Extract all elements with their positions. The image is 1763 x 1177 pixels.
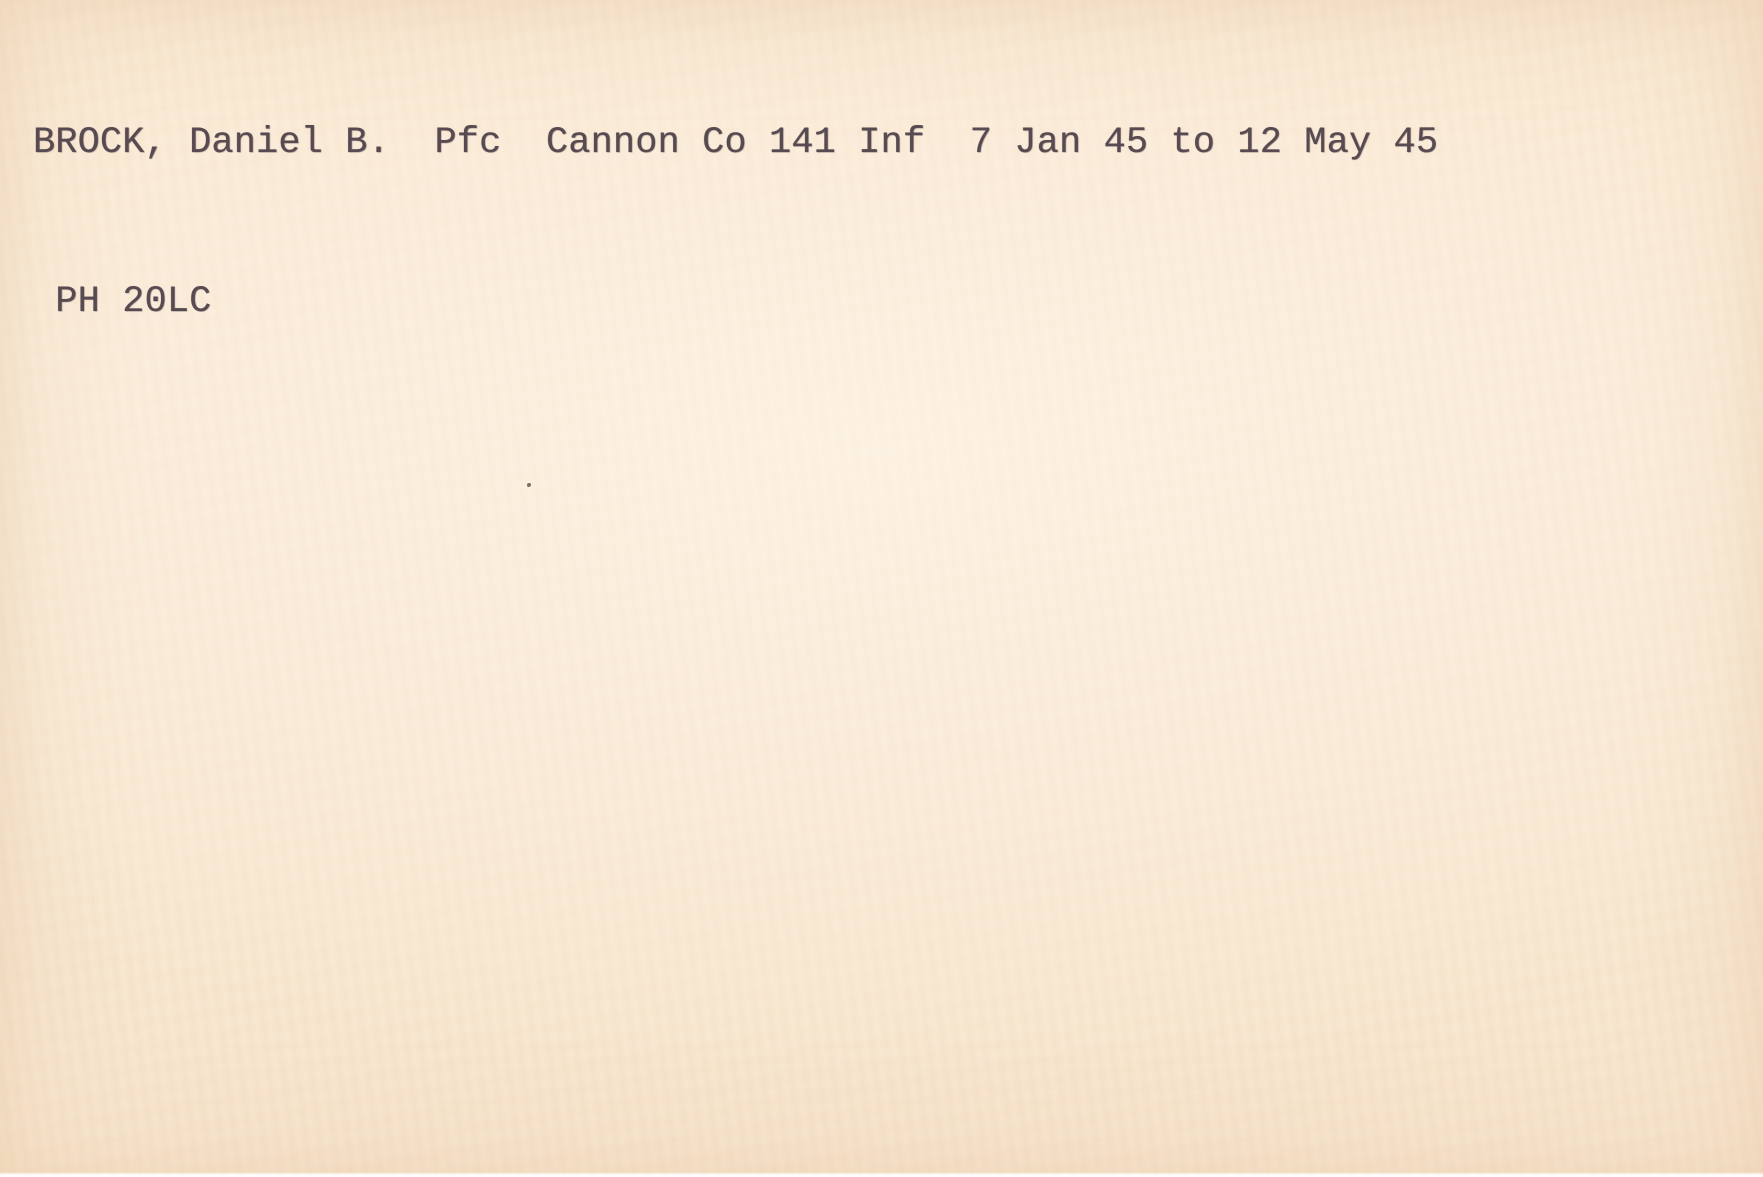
awards-line: PH 20LC: [33, 276, 1438, 329]
ink-speck: [527, 483, 531, 487]
typed-text-block: BROCK, Daniel B. Pfc Cannon Co 141 Inf 7…: [33, 11, 1438, 435]
scan-bottom-edge: [0, 1172, 1763, 1177]
scanned-card-image: BROCK, Daniel B. Pfc Cannon Co 141 Inf 7…: [0, 0, 1763, 1177]
service-record-line: BROCK, Daniel B. Pfc Cannon Co 141 Inf 7…: [33, 117, 1438, 170]
index-card-paper: BROCK, Daniel B. Pfc Cannon Co 141 Inf 7…: [0, 0, 1763, 1177]
